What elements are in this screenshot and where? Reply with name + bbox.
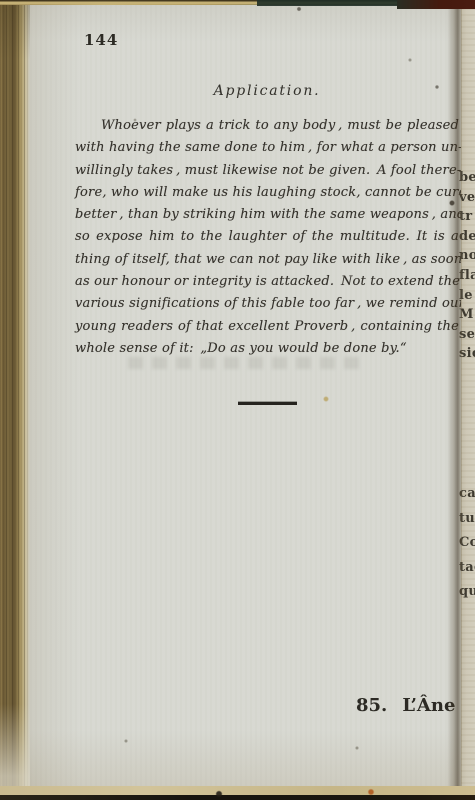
application-paragraph: Whoever plays a trick to any body , must… bbox=[75, 115, 459, 360]
top-edge-dark-band bbox=[257, 0, 397, 6]
paragraph-line: thing of itself, that we can not pay lik… bbox=[75, 249, 459, 271]
paragraph-line: Whoever plays a trick to any body , must… bbox=[75, 115, 459, 137]
scanned-book-page: 144 Application. Whoever plays a trick t… bbox=[0, 0, 475, 800]
page-number: 144 bbox=[84, 31, 118, 49]
paragraph-line: fore, who will make us his laughing stoc… bbox=[75, 182, 459, 204]
paragraph-line: whole sense of it: „Do as you would be d… bbox=[75, 338, 459, 360]
paragraph-line: willingly takes , must likewise not be g… bbox=[75, 160, 459, 182]
book-binding-gutter bbox=[0, 0, 30, 800]
page-content: 144 Application. Whoever plays a trick t… bbox=[0, 0, 475, 800]
paragraph-line: as our honour or integrity is attacked. … bbox=[75, 271, 459, 293]
paragraph-line: so expose him to the laughter of the mul… bbox=[75, 226, 459, 248]
section-heading: Application. bbox=[75, 83, 459, 99]
paragraph-line: better , than by striking him with the s… bbox=[75, 204, 459, 226]
paragraph-line: with having the same done to him , for w… bbox=[75, 137, 459, 159]
footer-caption: 85. L’Âne bbox=[356, 695, 455, 716]
section-divider bbox=[238, 402, 297, 405]
paragraph-line: various significations of this fable too… bbox=[75, 293, 459, 315]
adjacent-page-edge bbox=[461, 8, 475, 787]
bottom-edge-dark-line bbox=[0, 795, 475, 800]
paragraph-line: young readers of that excellent Proverb … bbox=[75, 316, 459, 338]
top-edge-cover-corner bbox=[397, 0, 475, 9]
footer-fable-title: L’Âne bbox=[402, 695, 455, 716]
footer-fable-number: 85. bbox=[356, 695, 387, 716]
